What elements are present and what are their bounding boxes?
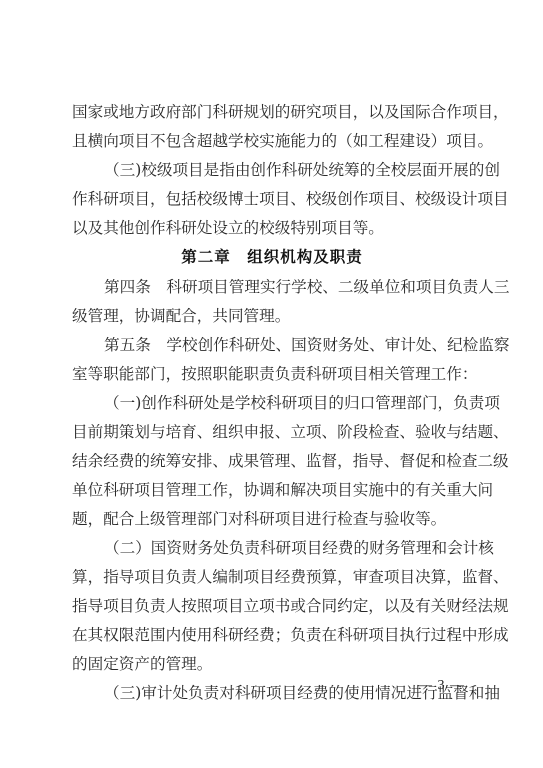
text-line: 国家或地方政府部门科研规划的研究项目，以及国际合作项目， xyxy=(72,100,472,124)
text-line: 单位科研项目管理工作，协调和解决项目实施中的有关重大问 xyxy=(72,478,472,502)
text-line: 第五条 学校创作科研处、国资财务处、审计处、纪检监察 xyxy=(104,333,472,357)
text-line: 题，配合上级管理部门对科研项目进行检查与验收等。 xyxy=(72,507,472,531)
text-line: 算，指导项目负责人编制项目经费预算，审查项目决算，监督、 xyxy=(72,565,472,589)
text-line: 以及其他创作科研处设立的校级特别项目等。 xyxy=(72,216,472,240)
text-line: 作科研项目，包括校级博士项目、校级创作项目、校级设计项目 xyxy=(72,187,472,211)
text-line: 指导项目负责人按照项目立项书或合同约定，以及有关财经法规 xyxy=(72,594,472,618)
text-line: 且横向项目不包含超越学校实施能力的（如工程建设）项目。 xyxy=(72,129,472,153)
text-line: 目前期策划与培育、组织申报、立项、阶段检查、验收与结题、 xyxy=(72,420,472,444)
text-line: 级管理，协调配合，共同管理。 xyxy=(72,304,472,328)
text-line: （三)审计处负责对科研项目经费的使用情况进行监督和抽 xyxy=(104,681,472,705)
text-line: （三)校级项目是指由创作科研处统筹的全校层面开展的创 xyxy=(104,158,472,182)
text-line: 的固定资产的管理。 xyxy=(72,652,472,676)
text-line: 第四条 科研项目管理实行学校、二级单位和项目负责人三 xyxy=(104,275,472,299)
text-line: 结余经费的统筹安排、成果管理、监督，指导、督促和检查二级 xyxy=(72,449,472,473)
page-number: — 3 — xyxy=(418,678,465,694)
text-line: （一)创作科研处是学校科研项目的归口管理部门，负责项 xyxy=(104,391,472,415)
text-line: 在其权限范围内使用科研经费；负责在科研项目执行过程中形成 xyxy=(72,623,472,647)
chapter-heading: 第二章 组织机构及职责 xyxy=(72,245,472,269)
text-line: 室等职能部门，按照职能职责负责科研项目相关管理工作： xyxy=(72,362,472,386)
text-line: （二）国资财务处负责科研项目经费的财务管理和会计核 xyxy=(104,536,472,560)
